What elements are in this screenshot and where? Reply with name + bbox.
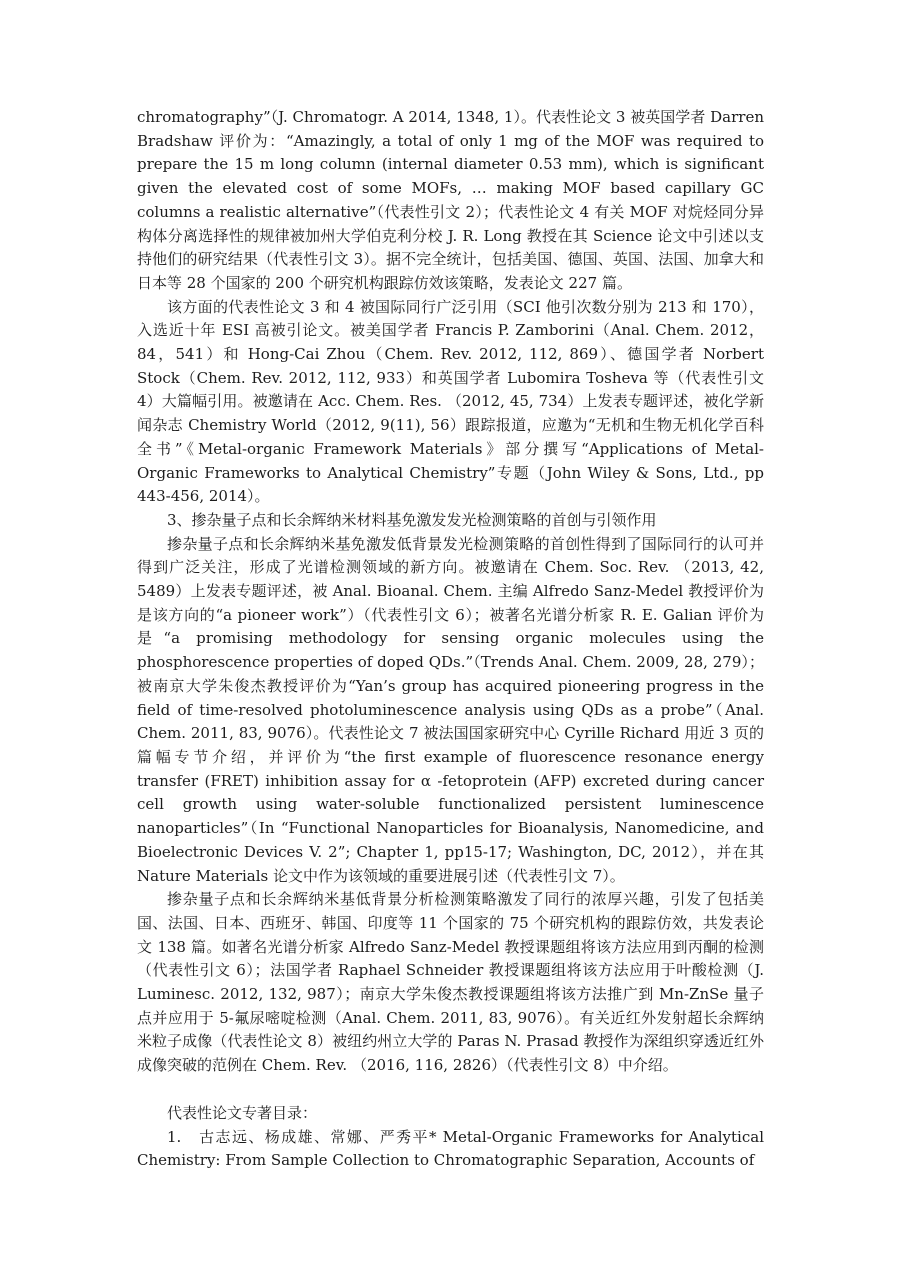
paragraph-quantum-dots: 掺杂量子点和长余辉纳米基免激发低背景发光检测策略的首创性得到了国际同行的认可并得… [137,533,764,889]
catalog-item-1: 1. 古志远、杨成雄、常娜、严秀平* Metal-Organic Framewo… [137,1126,764,1173]
section-heading: 3、掺杂量子点和长余辉纳米材料基免激发发光检测策略的首创与引领作用 [137,509,764,533]
document-page: chromatography”（J. Chromatogr. A 2014, 1… [0,0,900,1272]
catalog-heading: 代表性论文专著目录： [137,1102,764,1126]
paragraph-continuation: chromatography”（J. Chromatogr. A 2014, 1… [137,106,764,296]
paragraph-follow-up-research: 掺杂量子点和长余辉纳米基低背景分析检测策略激发了同行的浓厚兴趣，引发了包括美国、… [137,888,764,1078]
paragraph-citations: 该方面的代表性论文 3 和 4 被国际同行广泛引用（SCI 他引次数分别为 21… [137,296,764,509]
document-body: chromatography”（J. Chromatogr. A 2014, 1… [137,106,764,1173]
